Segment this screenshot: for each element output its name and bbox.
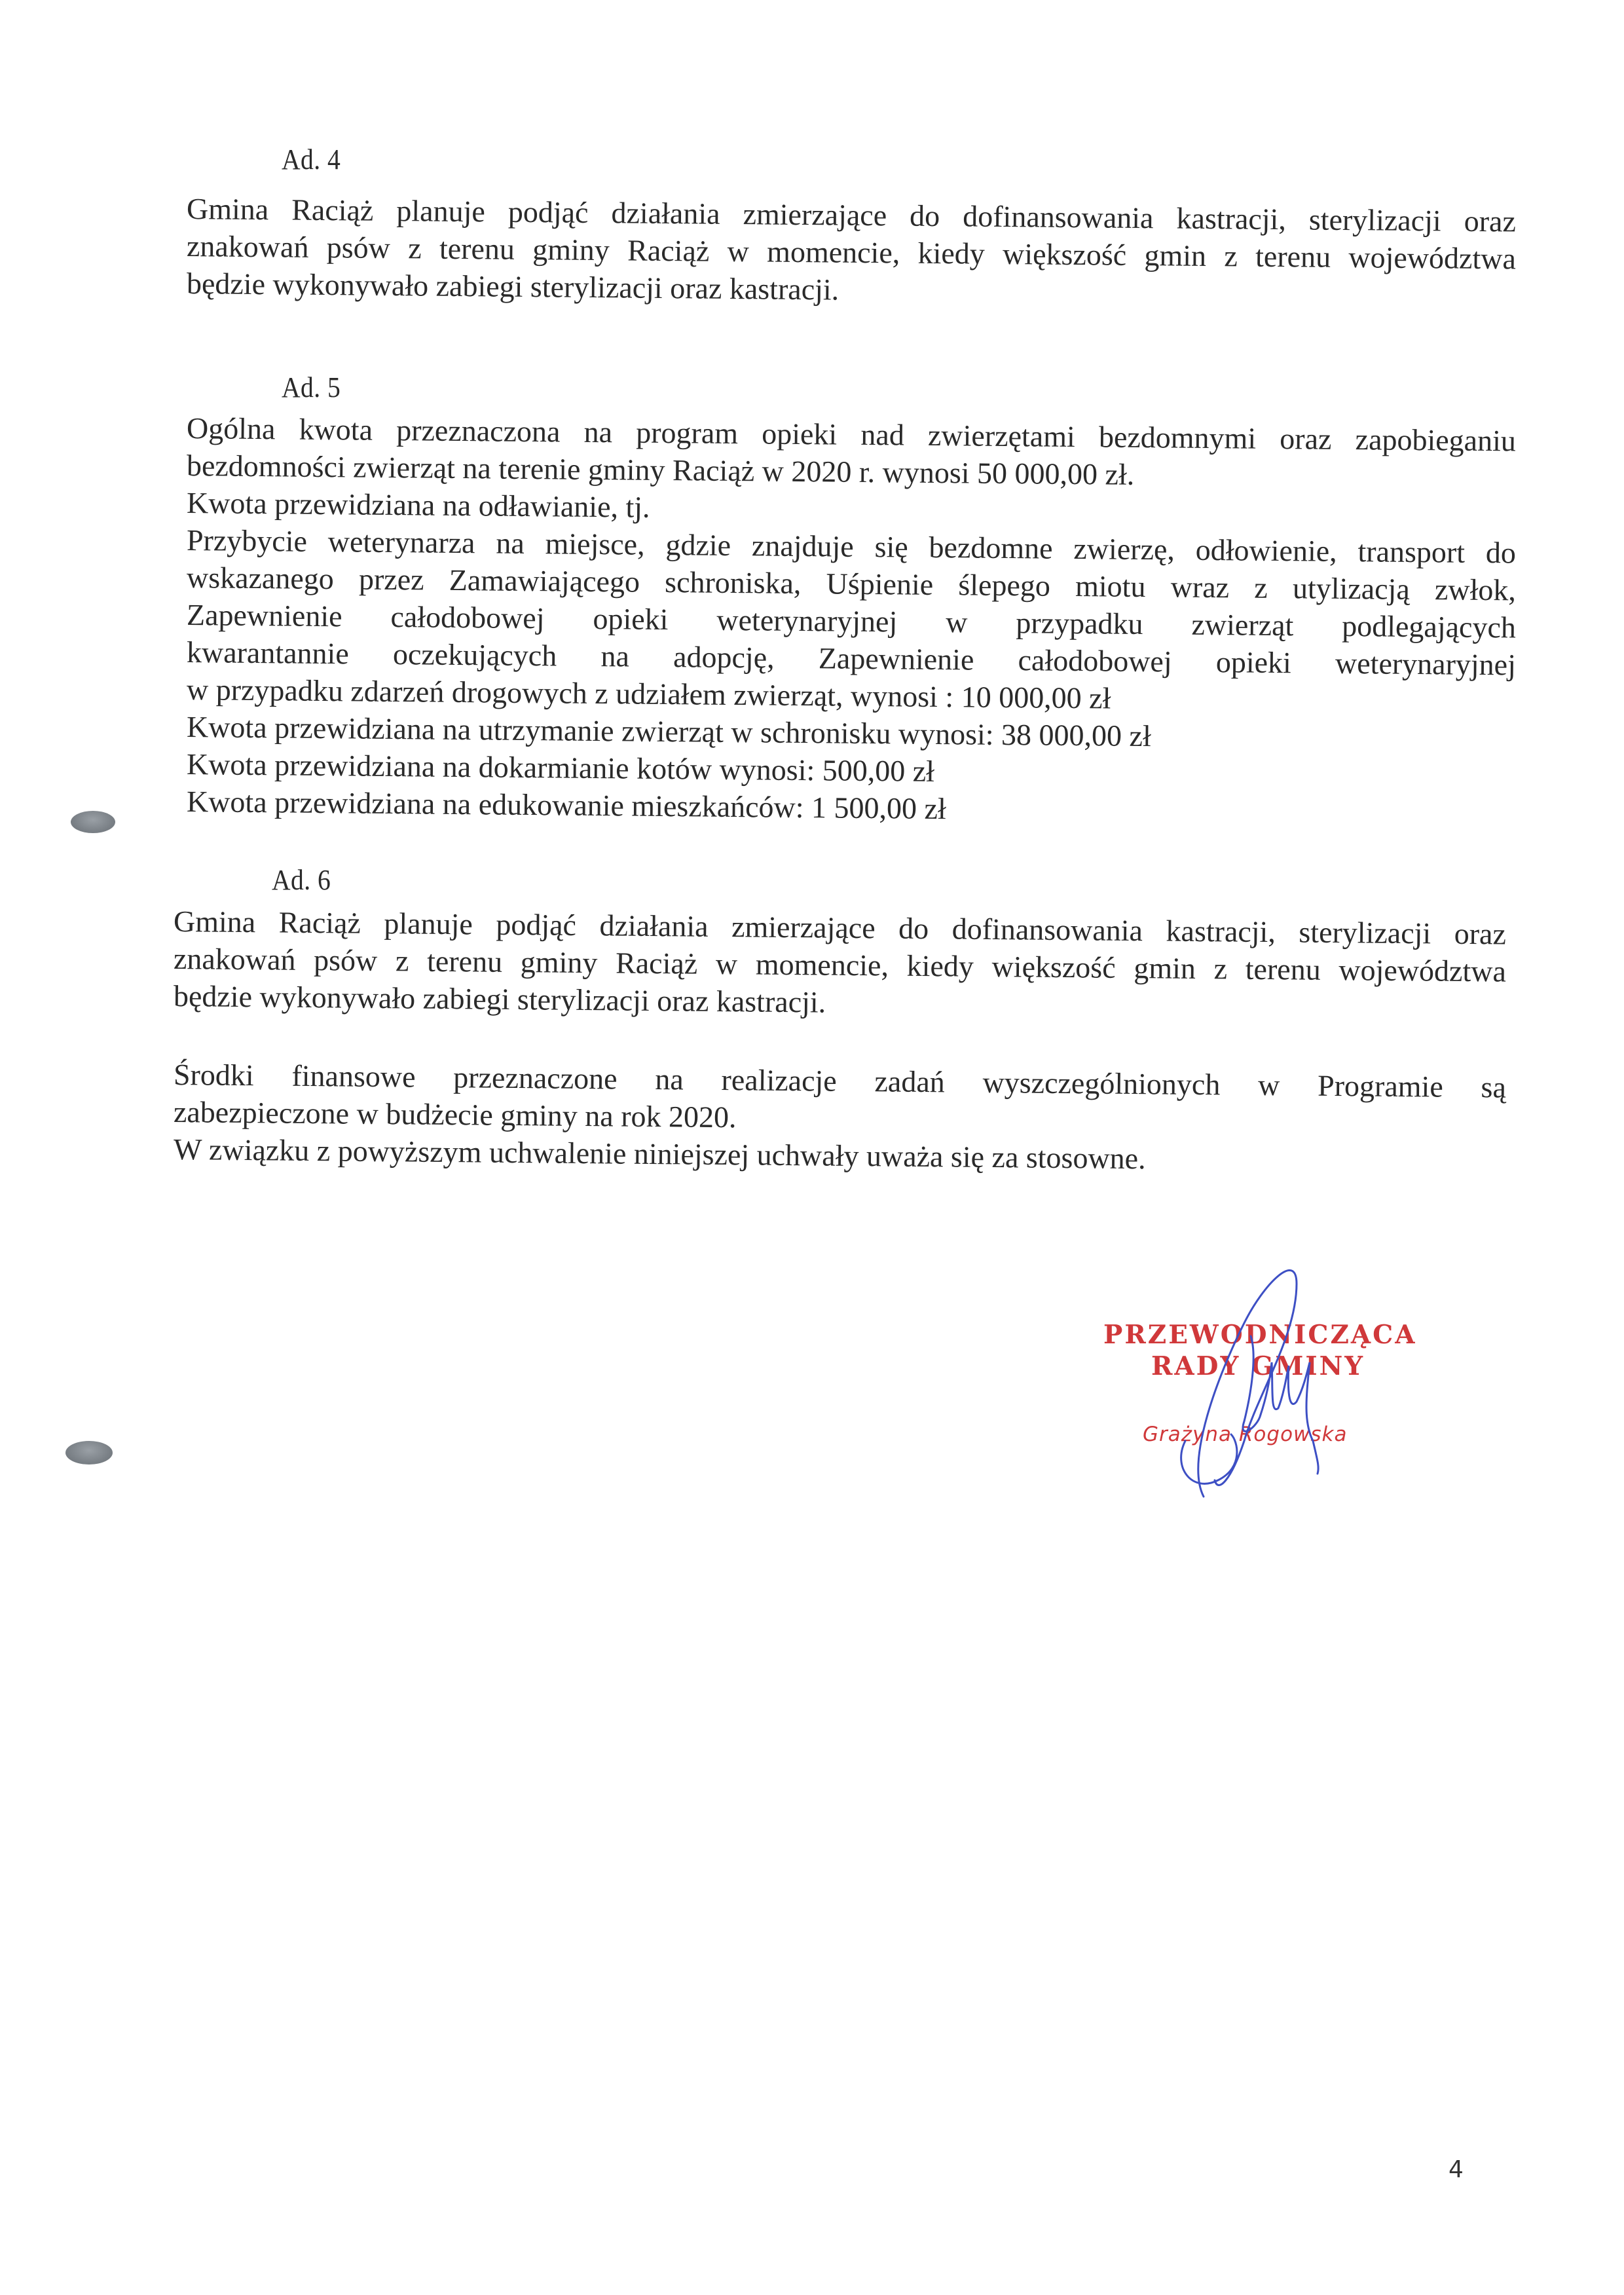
document-page: Ad. 4 Gmina Raciąż planuje podjąć działa… [0, 0, 1624, 2295]
page-number: 4 [1449, 2156, 1464, 2183]
punch-hole-bottom [65, 1441, 113, 1465]
section-heading-ad4: Ad. 4 [282, 145, 341, 174]
official-stamp: PRZEWODNICZĄCA RADY GMINY Grażyna Rogows… [1087, 1244, 1454, 1546]
section-body-ad6: Gmina Raciąż planuje podjąć działania zm… [174, 903, 1506, 1015]
section-heading-ad5: Ad. 5 [282, 373, 341, 402]
closing-paragraph: Środki finansowe przeznaczone na realiza… [174, 1056, 1506, 1168]
section-heading-ad6: Ad. 6 [272, 866, 331, 895]
section-body-ad4: Gmina Raciąż planuje podjąć działania zm… [187, 190, 1516, 302]
signature-icon [1087, 1244, 1454, 1546]
section-body-ad5: Ogólna kwota przeznaczona na program opi… [187, 409, 1516, 820]
punch-hole-top [71, 811, 115, 833]
